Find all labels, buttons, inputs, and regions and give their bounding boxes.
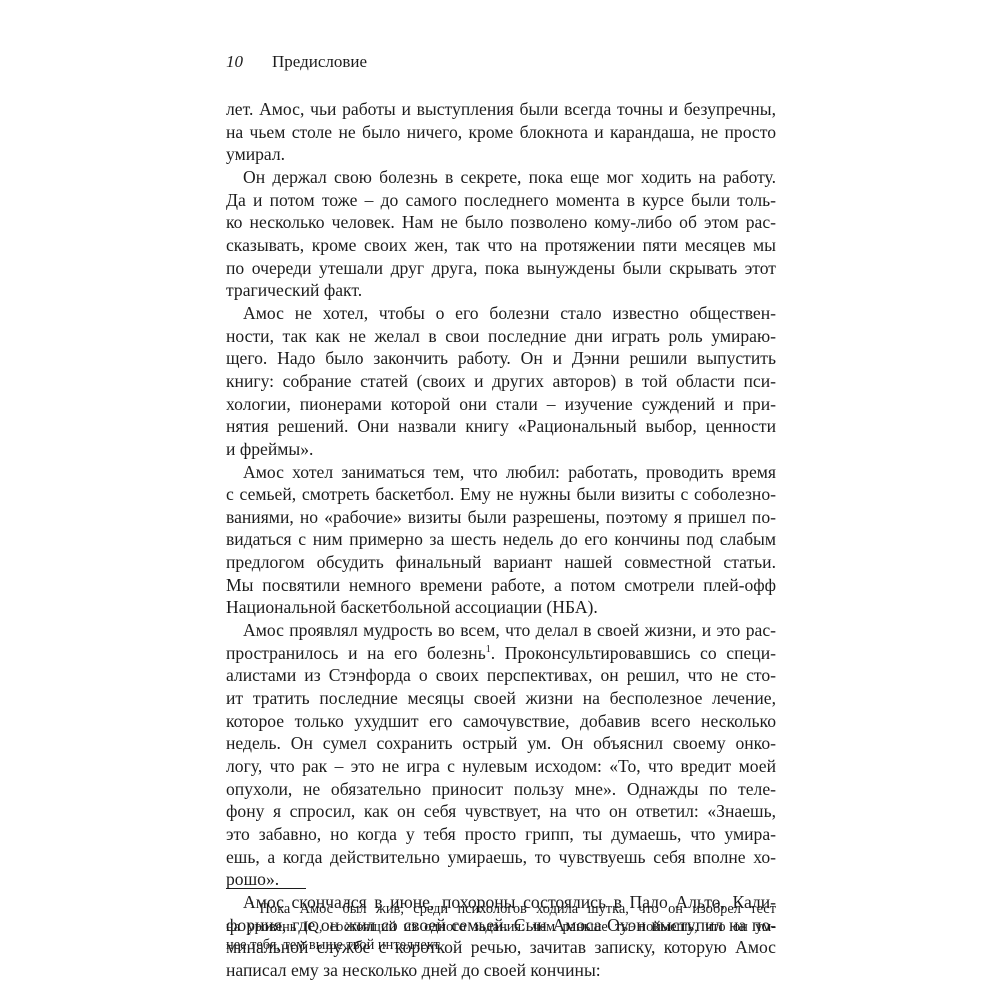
paragraph: Амос проявлял мудрость во всем, что дела… <box>226 619 776 891</box>
text-line: Амос проявлял мудрость во всем, что дела… <box>226 619 776 642</box>
text-line: написал ему за несколько дней до своей к… <box>226 959 776 982</box>
text-line: фону я спросил, как он себя чувствует, н… <box>226 800 776 823</box>
text-line: Амос хотел заниматься тем, что любил: ра… <box>226 461 776 484</box>
text-line: ности, так как не желал в свои последние… <box>226 325 776 348</box>
running-head: 10Предисловие <box>226 52 367 72</box>
footnote-line: нее тебя, тем выше твой интеллект. <box>226 936 776 954</box>
text-line: лет. Амос, чьи работы и выступления были… <box>226 98 776 121</box>
paragraph: лет. Амос, чьи работы и выступления были… <box>226 98 776 166</box>
text-line: ко несколько человек. Нам не было позвол… <box>226 211 776 234</box>
text-line: которое только ухудшит его самочувствие,… <box>226 710 776 733</box>
footnote-line: на уровень IQ, состоящий из одного задан… <box>226 918 776 936</box>
footnote-divider <box>226 888 306 889</box>
text-line: Мы посвятили немного времени работе, а п… <box>226 574 776 597</box>
text-line: ваниями, но «рабочие» визиты были разреш… <box>226 506 776 529</box>
page-number: 10 <box>226 52 272 72</box>
text-line: хологии, пионерами которой они стали – и… <box>226 393 776 416</box>
text-line: логу, что рак – это не игра с нулевым ис… <box>226 755 776 778</box>
text-line: умирал. <box>226 143 776 166</box>
footnote-line: 1Пока Амос был жив, среди психологов ход… <box>226 896 776 918</box>
text-line: по очереди утешали друг друга, пока выну… <box>226 257 776 280</box>
footnote: 1Пока Амос был жив, среди психологов ход… <box>226 896 776 954</box>
footnote-reference[interactable]: 1 <box>486 644 491 655</box>
text-line: пространилось и на его болезнь1. Проконс… <box>226 642 776 665</box>
text-line: ешь, а когда действительно умираешь, то … <box>226 846 776 869</box>
text-line: это забавно, но когда у тебя просто грип… <box>226 823 776 846</box>
text-line: Он держал свою болезнь в секрете, пока е… <box>226 166 776 189</box>
paragraph: Амос хотел заниматься тем, что любил: ра… <box>226 461 776 620</box>
paragraph: Амос не хотел, чтобы о его болезни стало… <box>226 302 776 461</box>
paragraph: Он держал свою болезнь в секрете, пока е… <box>226 166 776 302</box>
body-text: лет. Амос, чьи работы и выступления были… <box>226 98 776 982</box>
text-line: алистами из Стэнфорда о своих перспектив… <box>226 664 776 687</box>
text-line: и фреймы». <box>226 438 776 461</box>
text-line: недель. Он сумел сохранить острый ум. Он… <box>226 732 776 755</box>
text-line: рошо». <box>226 868 776 891</box>
text-line: Амос не хотел, чтобы о его болезни стало… <box>226 302 776 325</box>
text-line: ит тратить последние месяцы своей жизни … <box>226 687 776 710</box>
text-line: щего. Надо было закончить работу. Он и Д… <box>226 347 776 370</box>
text-line: Национальной баскетбольной ассоциации (Н… <box>226 596 776 619</box>
footnote-marker: 1 <box>250 900 255 910</box>
text-line: книгу: собрание статей (своих и других а… <box>226 370 776 393</box>
text-line: видаться с ним примерно за шесть недель … <box>226 528 776 551</box>
text-line: с семьей, смотреть баскетбол. Ему не нуж… <box>226 483 776 506</box>
text-line: предлогом обсудить финальный вариант наш… <box>226 551 776 574</box>
text-line: нятия решений. Они назвали книгу «Рацион… <box>226 415 776 438</box>
text-line: на чьем столе не было ничего, кроме блок… <box>226 121 776 144</box>
text-line: опухоли, не обязательно приносит пользу … <box>226 778 776 801</box>
text-line: трагический факт. <box>226 279 776 302</box>
text-line: Да и потом тоже – до самого последнего м… <box>226 189 776 212</box>
section-title: Предисловие <box>272 52 367 71</box>
text-line: сказывать, кроме своих жен, так что на п… <box>226 234 776 257</box>
